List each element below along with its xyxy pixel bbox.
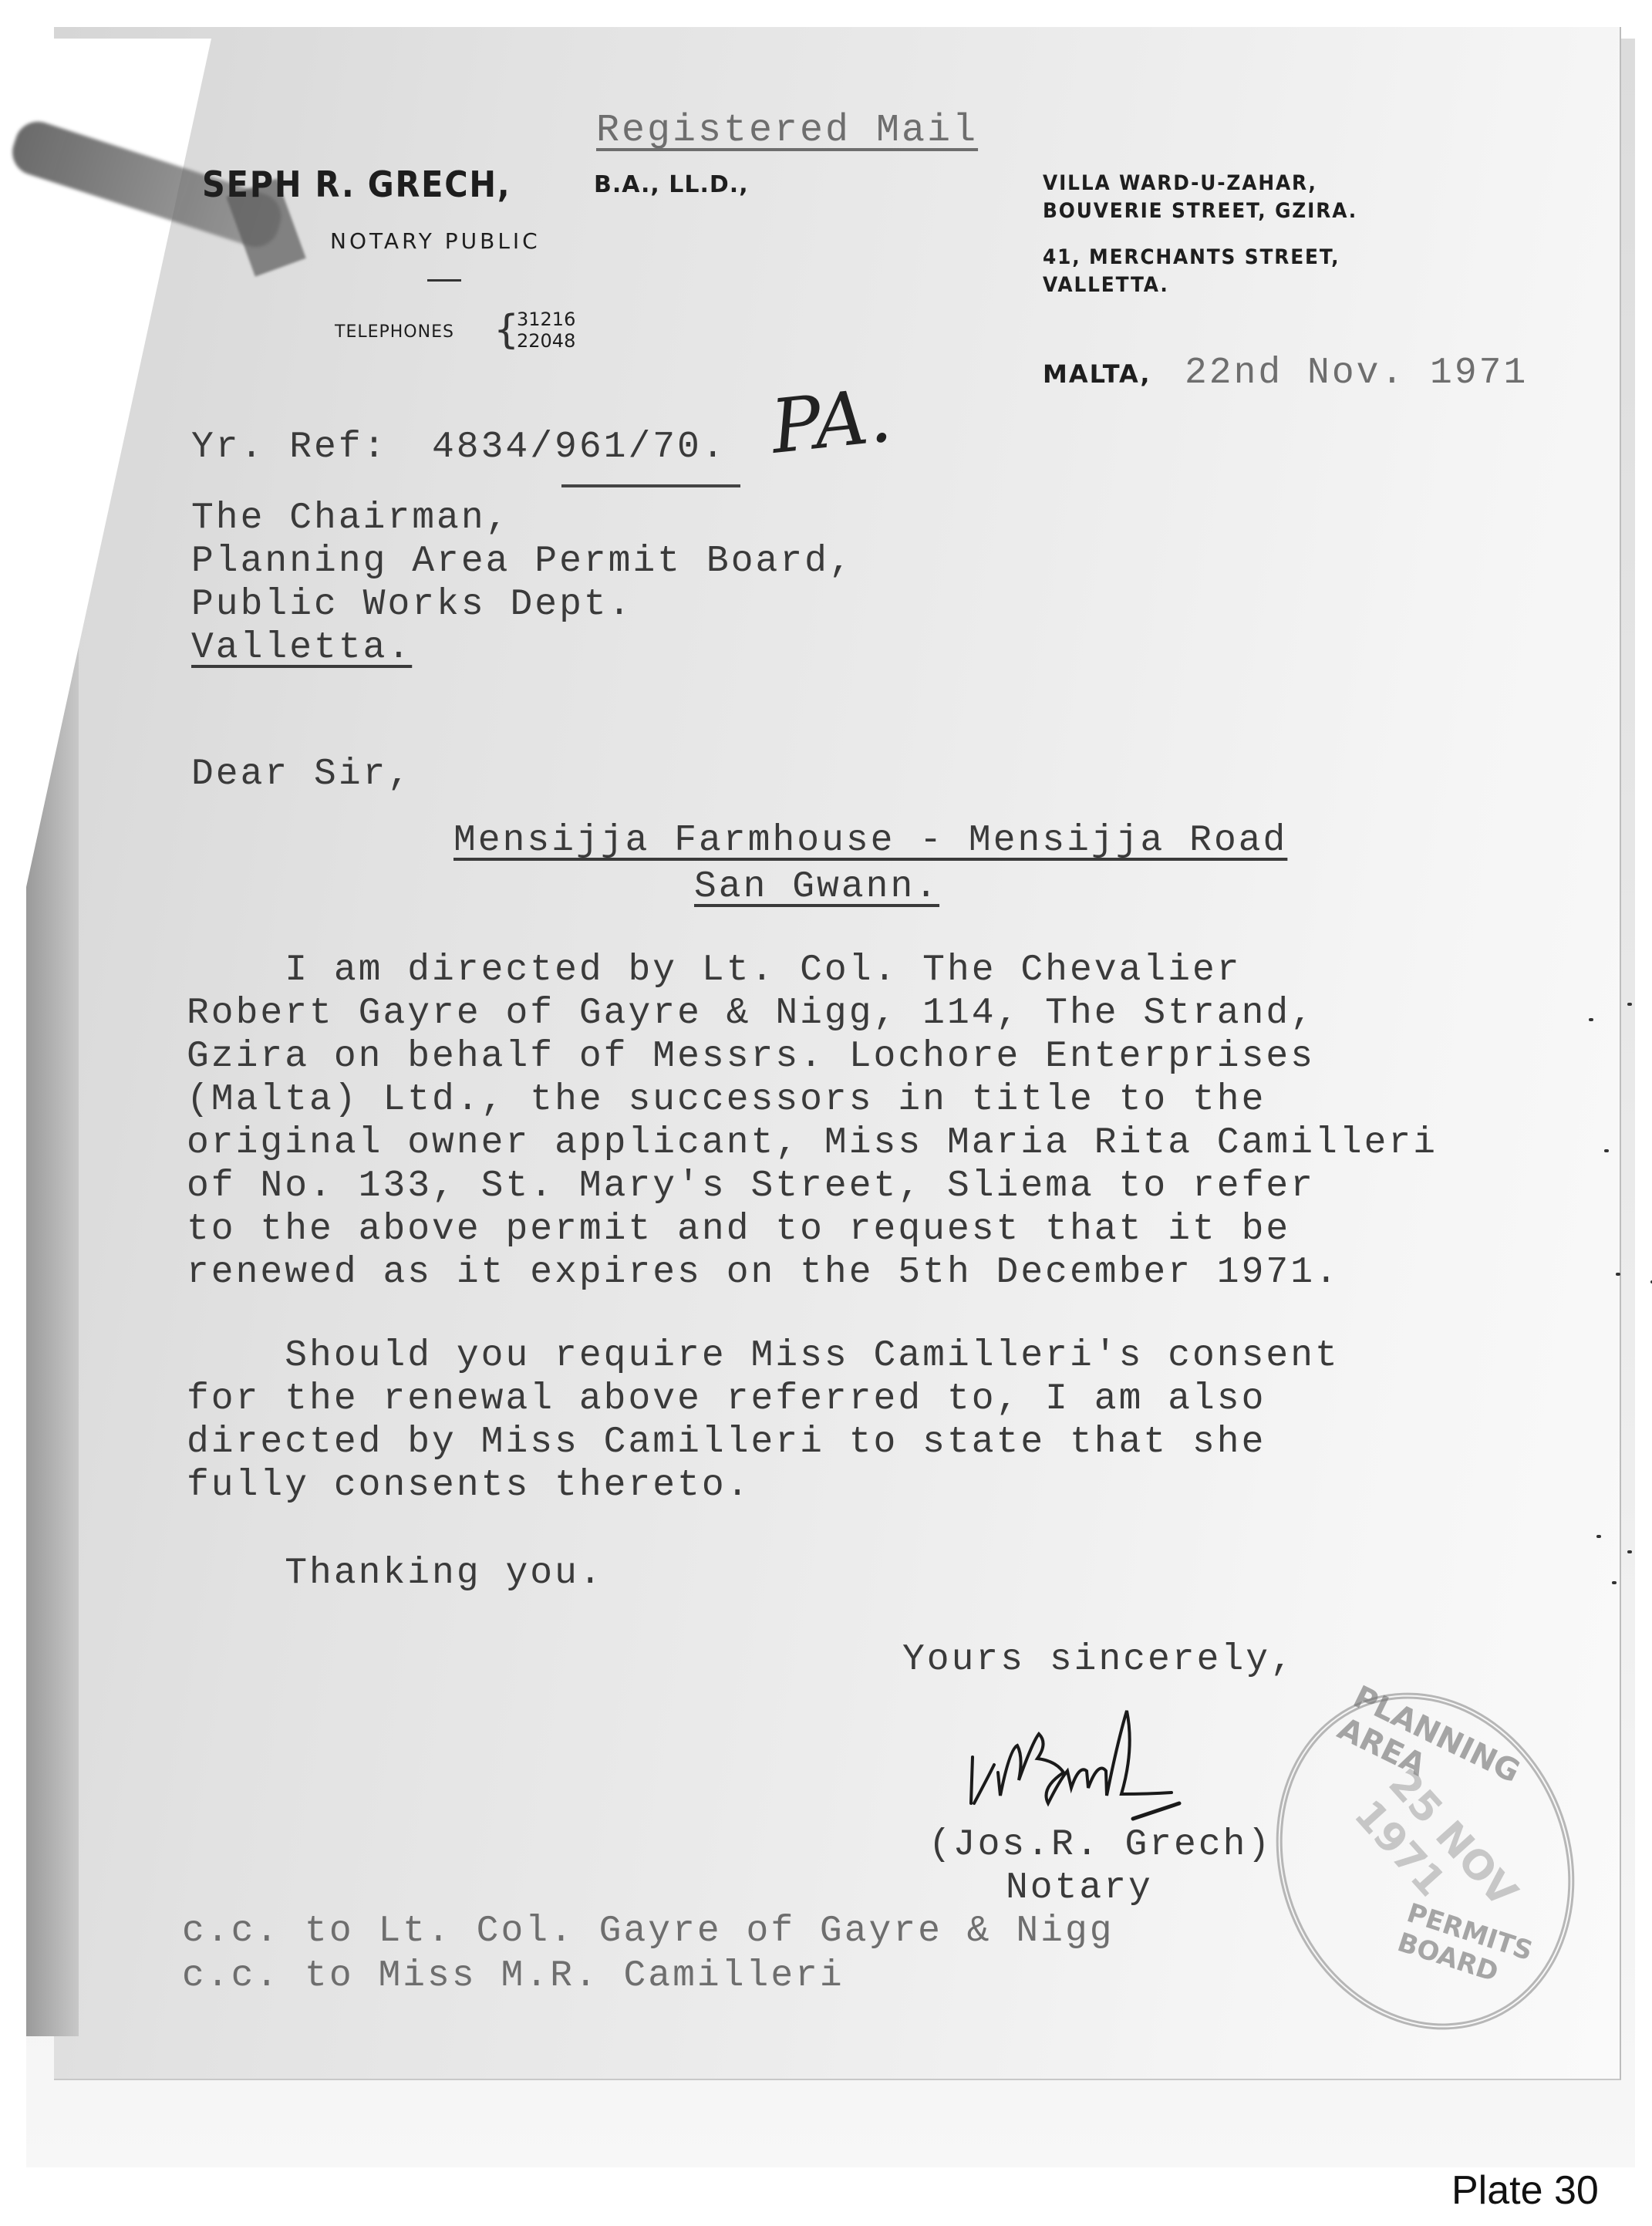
recipient-line: Planning Area Permit Board, (191, 540, 854, 583)
signatory-name: (Jos.R. Grech) (929, 1823, 1272, 1867)
telephones-label: TELEPHONES (335, 322, 454, 342)
body-line: for the renewal above referred to, I am … (187, 1378, 1266, 1421)
place-label: MALTA, (1043, 359, 1151, 389)
registered-mail-heading: Registered Mail (596, 110, 978, 153)
signatory-title: Notary (1006, 1867, 1153, 1910)
body-line: to the above permit and to request that … (187, 1208, 1290, 1251)
body-line: I am directed by Lt. Col. The Chevalier (187, 949, 1242, 992)
subject-line-2: San Gwann. (694, 865, 939, 909)
address-line: 41, MERCHANTS STREET, (1043, 244, 1340, 272)
brace-icon: { (494, 307, 519, 353)
address-line: VALLETTA. (1043, 272, 1169, 299)
reference-number: 4834/961/70. (432, 426, 727, 469)
sender-name: SEPH R. GRECH, (202, 164, 511, 205)
handwritten-pa-note: PA. (767, 372, 895, 470)
reference-label: Yr. Ref: (191, 426, 387, 469)
body-line: renewed as it expires on the 5th Decembe… (187, 1251, 1340, 1294)
letter-date: 22nd Nov. 1971 (1185, 352, 1528, 395)
body-line: Should you require Miss Camilleri's cons… (187, 1334, 1340, 1378)
body-line: Robert Gayre of Gayre & Nigg, 114, The S… (187, 992, 1315, 1035)
body-line: original owner applicant, Miss Maria Rit… (187, 1121, 1438, 1165)
sender-title: NOTARY PUBLIC (330, 228, 541, 254)
closing-thanks: Thanking you. (187, 1552, 604, 1595)
body-line: fully consents thereto. (187, 1464, 751, 1507)
recipient-line: The Chairman, (191, 497, 510, 540)
subject-line-1: Mensijja Farmhouse - Mensijja Road (453, 819, 1287, 862)
body-line: Gzira on behalf of Messrs. Lochore Enter… (187, 1035, 1315, 1078)
salutation: Dear Sir, (191, 753, 412, 796)
plate-label: Plate 30 (1451, 2167, 1599, 2214)
telephone-number-1: 31216 (517, 309, 575, 330)
body-line: (Malta) Ltd., the successors in title to… (187, 1078, 1266, 1121)
address-line: BOUVERIE STREET, GZIRA. (1043, 197, 1357, 225)
reference-underline (561, 484, 740, 487)
cc-line: c.c. to Miss M.R. Camilleri (182, 1954, 845, 1998)
sender-qualifications: B.A., LL.D., (594, 171, 749, 198)
recipient-city: Valletta. (191, 626, 412, 669)
handwritten-signature (949, 1674, 1257, 1813)
address-line: VILLA WARD-U-ZAHAR, (1043, 170, 1317, 197)
telephone-number-2: 22048 (517, 330, 575, 352)
letterhead-divider (427, 279, 461, 282)
body-line: directed by Miss Camilleri to state that… (187, 1421, 1266, 1464)
recipient-line: Public Works Dept. (191, 583, 632, 626)
body-line: of No. 133, St. Mary's Street, Sliema to… (187, 1165, 1315, 1208)
cc-line: c.c. to Lt. Col. Gayre of Gayre & Nigg (182, 1910, 1114, 1953)
